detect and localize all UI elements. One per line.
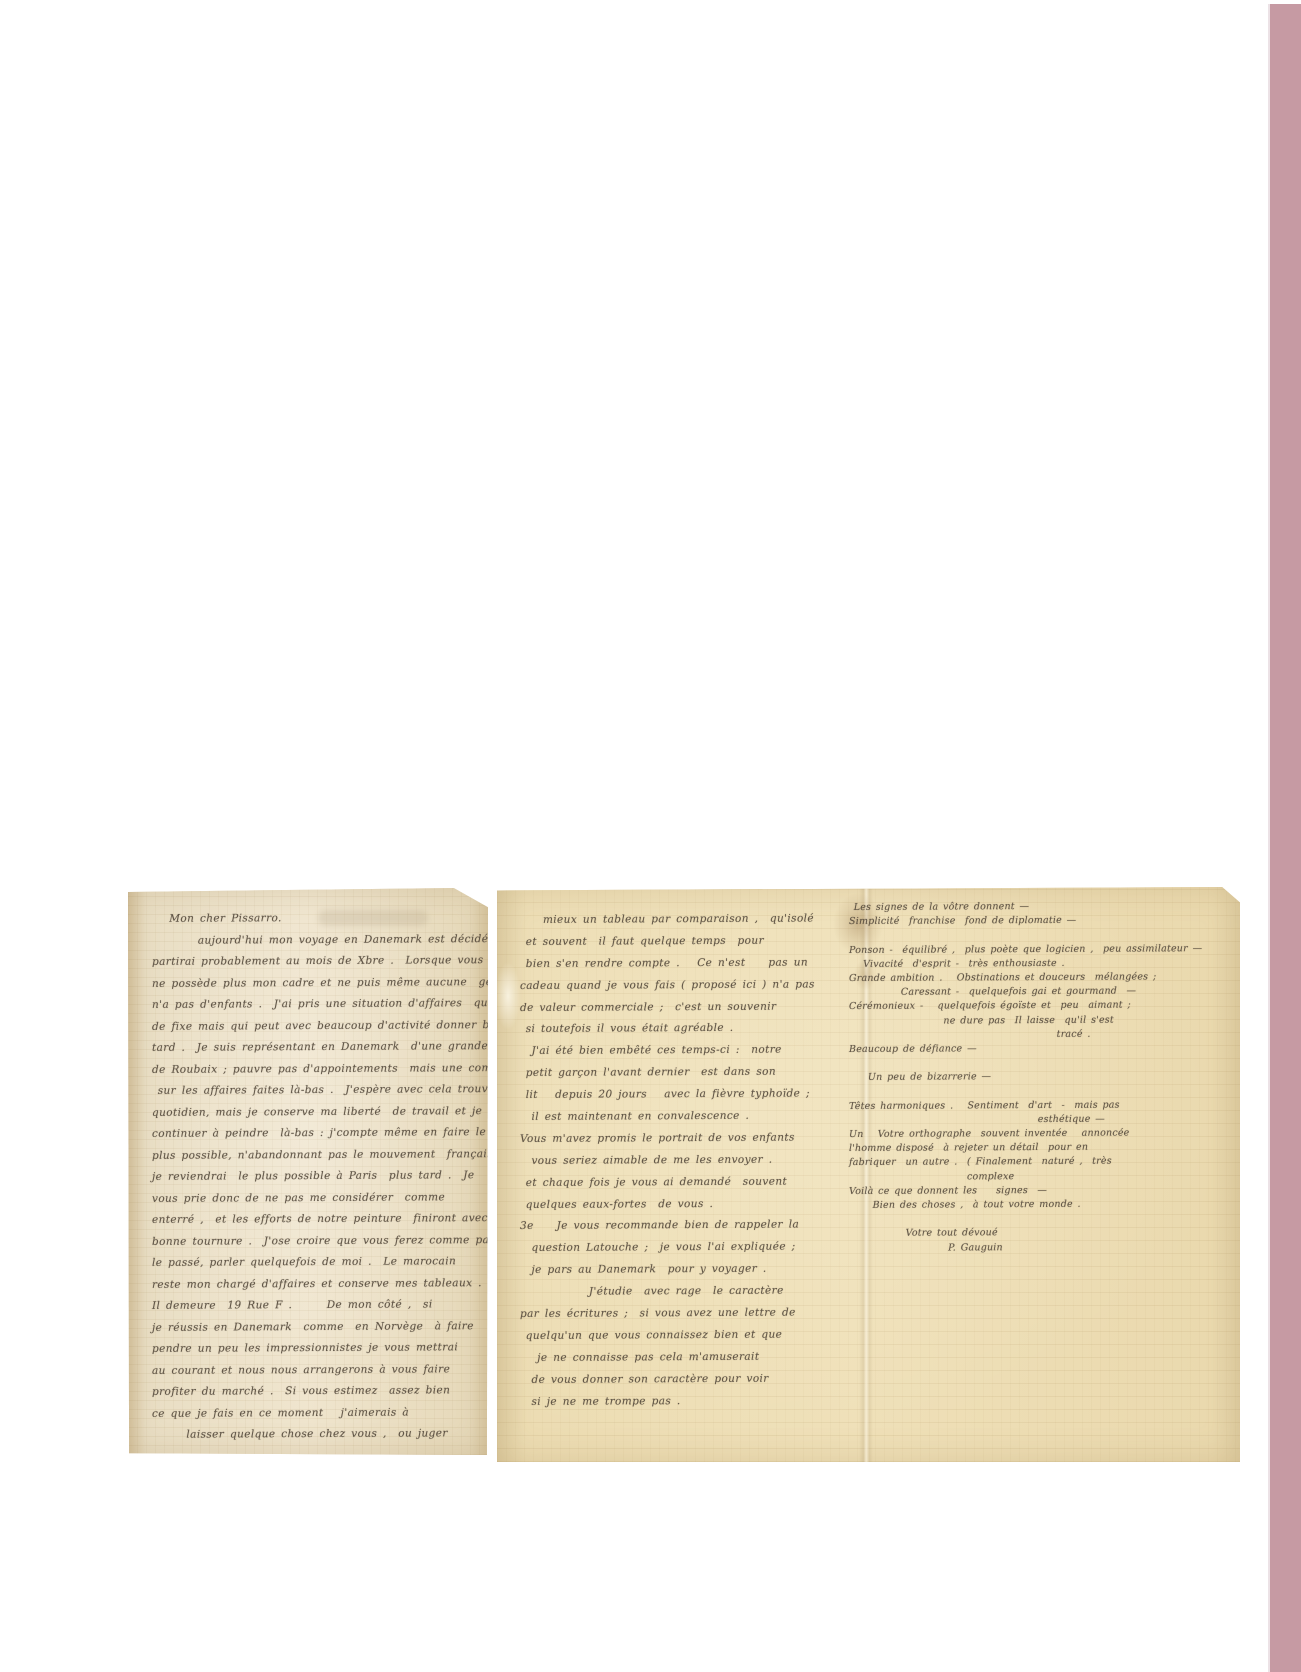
handwritten-line: ne dure pas Il laisse qu'il s'est — [849, 1014, 1231, 1030]
handwritten-line: je ne connaisse pas cela m'amuserait — [520, 1350, 890, 1374]
page1-handwriting: Mon cher Pissarro. aujourd'hui mon voyag… — [152, 912, 482, 1450]
handwritten-line — [849, 928, 1231, 944]
handwritten-line: P. Gauguin — [849, 1241, 1231, 1257]
handwritten-line: vous seriez aimable de me les envoyer . — [520, 1153, 890, 1177]
handwritten-line: je réussis en Danemark comme en Norvège … — [152, 1320, 482, 1343]
handwritten-line: bien s'en rendre compte . Ce n'est pas u… — [520, 956, 890, 980]
handwritten-line: de valeur commerciale ; c'est un souveni… — [520, 1000, 890, 1024]
handwritten-line: de fixe mais qui peut avec beaucoup d'ac… — [152, 1019, 482, 1042]
handwritten-line: et chaque fois je vous ai demandé souven… — [520, 1175, 890, 1199]
handwritten-line: Votre tout dévoué — [849, 1226, 1231, 1242]
handwritten-line: ne possède plus mon cadre et ne puis mêm… — [152, 976, 482, 999]
handwritten-line: laisser quelque chose chez vous , ou jug… — [152, 1427, 482, 1450]
handwritten-line: petit garçon l'avant dernier est dans so… — [520, 1065, 890, 1089]
handwritten-line: quelqu'un que vous connaissez bien et qu… — [520, 1328, 890, 1352]
handwritten-line: cadeau quand je vous fais ( proposé ici … — [520, 978, 890, 1002]
handwritten-line: aujourd'hui mon voyage en Danemark est d… — [152, 933, 482, 956]
handwritten-line: si toutefois il vous était agréable . — [520, 1021, 890, 1045]
handwritten-line: profiter du marché . Si vous estimez ass… — [152, 1384, 482, 1407]
handwritten-line: quotidien, mais je conserve ma liberté d… — [152, 1105, 482, 1128]
right-accent-bar — [1270, 4, 1301, 1672]
handwritten-line: pendre un peu les impressionnistes je vo… — [152, 1341, 482, 1364]
handwritten-line: 3e Je vous recommande bien de rappeler l… — [520, 1219, 890, 1243]
handwritten-line: de vous donner son caractère pour voir — [520, 1372, 890, 1396]
page2-handwriting: mieux un tableau par comparaison , qu'is… — [520, 913, 890, 1416]
page3-handwriting: Les signes de la vôtre donnent —Simplici… — [849, 901, 1231, 1256]
handwritten-line: partirai probablement au mois de Xbre . … — [152, 954, 482, 977]
handwritten-line: il est maintenant en convalescence . — [520, 1109, 890, 1133]
handwritten-line: et souvent il faut quelque temps pour — [520, 934, 890, 958]
handwritten-line: enterré , et les efforts de notre peintu… — [152, 1212, 482, 1235]
handwritten-line: tard . Je suis représentant en Danemark … — [152, 1040, 482, 1063]
handwritten-line: n'a pas d'enfants . J'ai pris une situat… — [152, 997, 482, 1020]
handwritten-line: continuer à peindre là-bas : j'compte mê… — [152, 1126, 482, 1149]
handwritten-line: Vous m'avez promis le portrait de vos en… — [520, 1131, 890, 1155]
handwritten-line: par les écritures ; si vous avez une let… — [520, 1306, 890, 1330]
handwritten-line: ce que je fais en ce moment j'aimerais à — [152, 1406, 482, 1429]
handwritten-line: le passé, parler quelquefois de moi . Le… — [152, 1255, 482, 1278]
handwritten-line: fabriquer un autre . ( Finalement naturé… — [849, 1155, 1231, 1171]
handwritten-line: mieux un tableau par comparaison , qu'is… — [520, 912, 890, 936]
handwritten-line: J'ai été bien embêté ces temps-ci : notr… — [520, 1043, 890, 1067]
letter-pages-2-3: mieux un tableau par comparaison , qu'is… — [497, 887, 1240, 1462]
handwritten-line: Il demeure 19 Rue F . De mon côté , si — [152, 1298, 482, 1321]
handwritten-line: de Roubaix ; pauvre pas d'appointements … — [152, 1062, 482, 1085]
handwritten-line: bonne tournure . J'ose croire que vous f… — [152, 1234, 482, 1257]
handwritten-line: sur les affaires faites là-bas . J'espèr… — [152, 1083, 482, 1106]
handwritten-line: lit depuis 20 jours avec la fièvre typho… — [520, 1087, 890, 1111]
handwritten-line: au courant et nous nous arrangerons à vo… — [152, 1363, 482, 1386]
handwritten-line — [849, 1084, 1231, 1100]
handwritten-line: si je ne me trompe pas . — [520, 1394, 890, 1418]
handwritten-line: vous prie donc de ne pas me considérer c… — [152, 1191, 482, 1214]
handwritten-line: je pars au Danemark pour y voyager . — [520, 1262, 890, 1286]
handwritten-line: reste mon chargé d'affaires et conserve … — [152, 1277, 482, 1300]
handwritten-line: Mon cher Pissarro. — [152, 911, 482, 934]
handwritten-line: J'étudie avec rage le caractère — [520, 1284, 890, 1308]
handwritten-line: question Latouche ; je vous l'ai expliqu… — [520, 1240, 890, 1264]
handwritten-line: quelques eaux-fortes de vous . — [520, 1197, 890, 1221]
handwritten-line: plus possible, n'abandonnant pas le mouv… — [152, 1148, 482, 1171]
handwritten-line: je reviendrai le plus possible à Paris p… — [152, 1169, 482, 1192]
handwritten-line: Cérémonieux - quelquefois égoïste et peu… — [849, 999, 1231, 1015]
letter-page-1: Mon cher Pissarro. aujourd'hui mon voyag… — [128, 888, 488, 1455]
